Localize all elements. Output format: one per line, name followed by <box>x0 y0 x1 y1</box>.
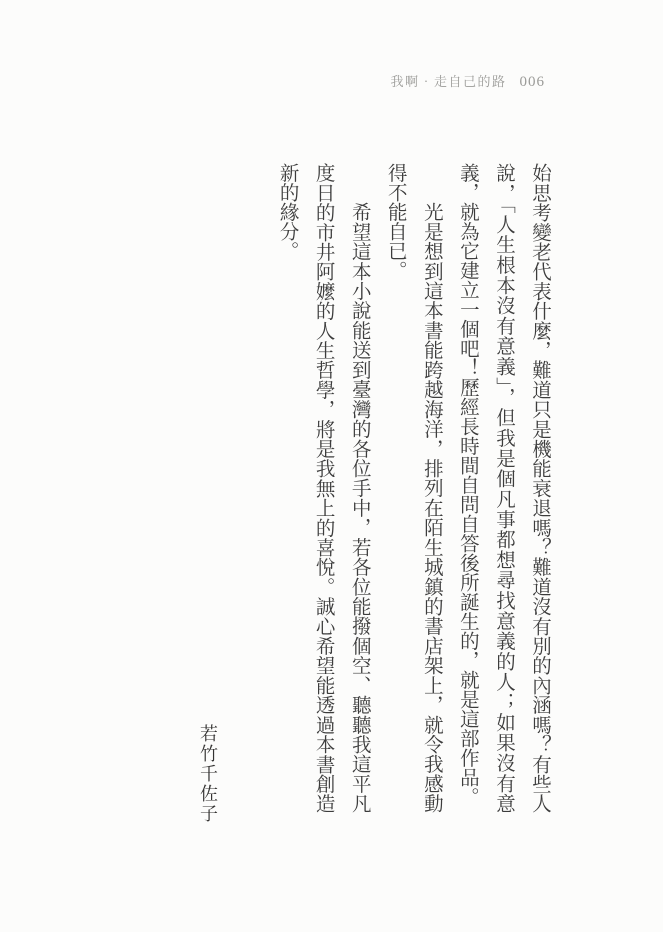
body-paragraph-2: 光是想到這本書能跨越海洋，排列在陌生城鎮的書店架上，就令我感動得不能自已。 <box>377 163 449 813</box>
author-signature: 若竹千佐子 <box>195 724 221 824</box>
running-head: 我啊‧走自己的路 006 <box>390 71 545 91</box>
preface-text-block: 始思考變老代表什麼，難道只是機能衰退嗎？難道沒有別的內涵嗎？有些人說，「人生根本… <box>269 163 558 813</box>
page-number: 006 <box>520 74 546 91</box>
book-page: 我啊‧走自己的路 006 始思考變老代表什麼，難道只是機能衰退嗎？難道沒有別的內… <box>0 0 663 932</box>
body-paragraph-1: 始思考變老代表什麼，難道只是機能衰退嗎？難道沒有別的內涵嗎？有些人說，「人生根本… <box>449 163 557 813</box>
body-paragraph-3: 希望這本小說能送到臺灣的各位手中，若各位能撥個空、聽聽我這平凡度日的市井阿嬤的人… <box>269 163 377 813</box>
running-head-book-title: 我啊‧走自己的路 <box>390 71 506 90</box>
